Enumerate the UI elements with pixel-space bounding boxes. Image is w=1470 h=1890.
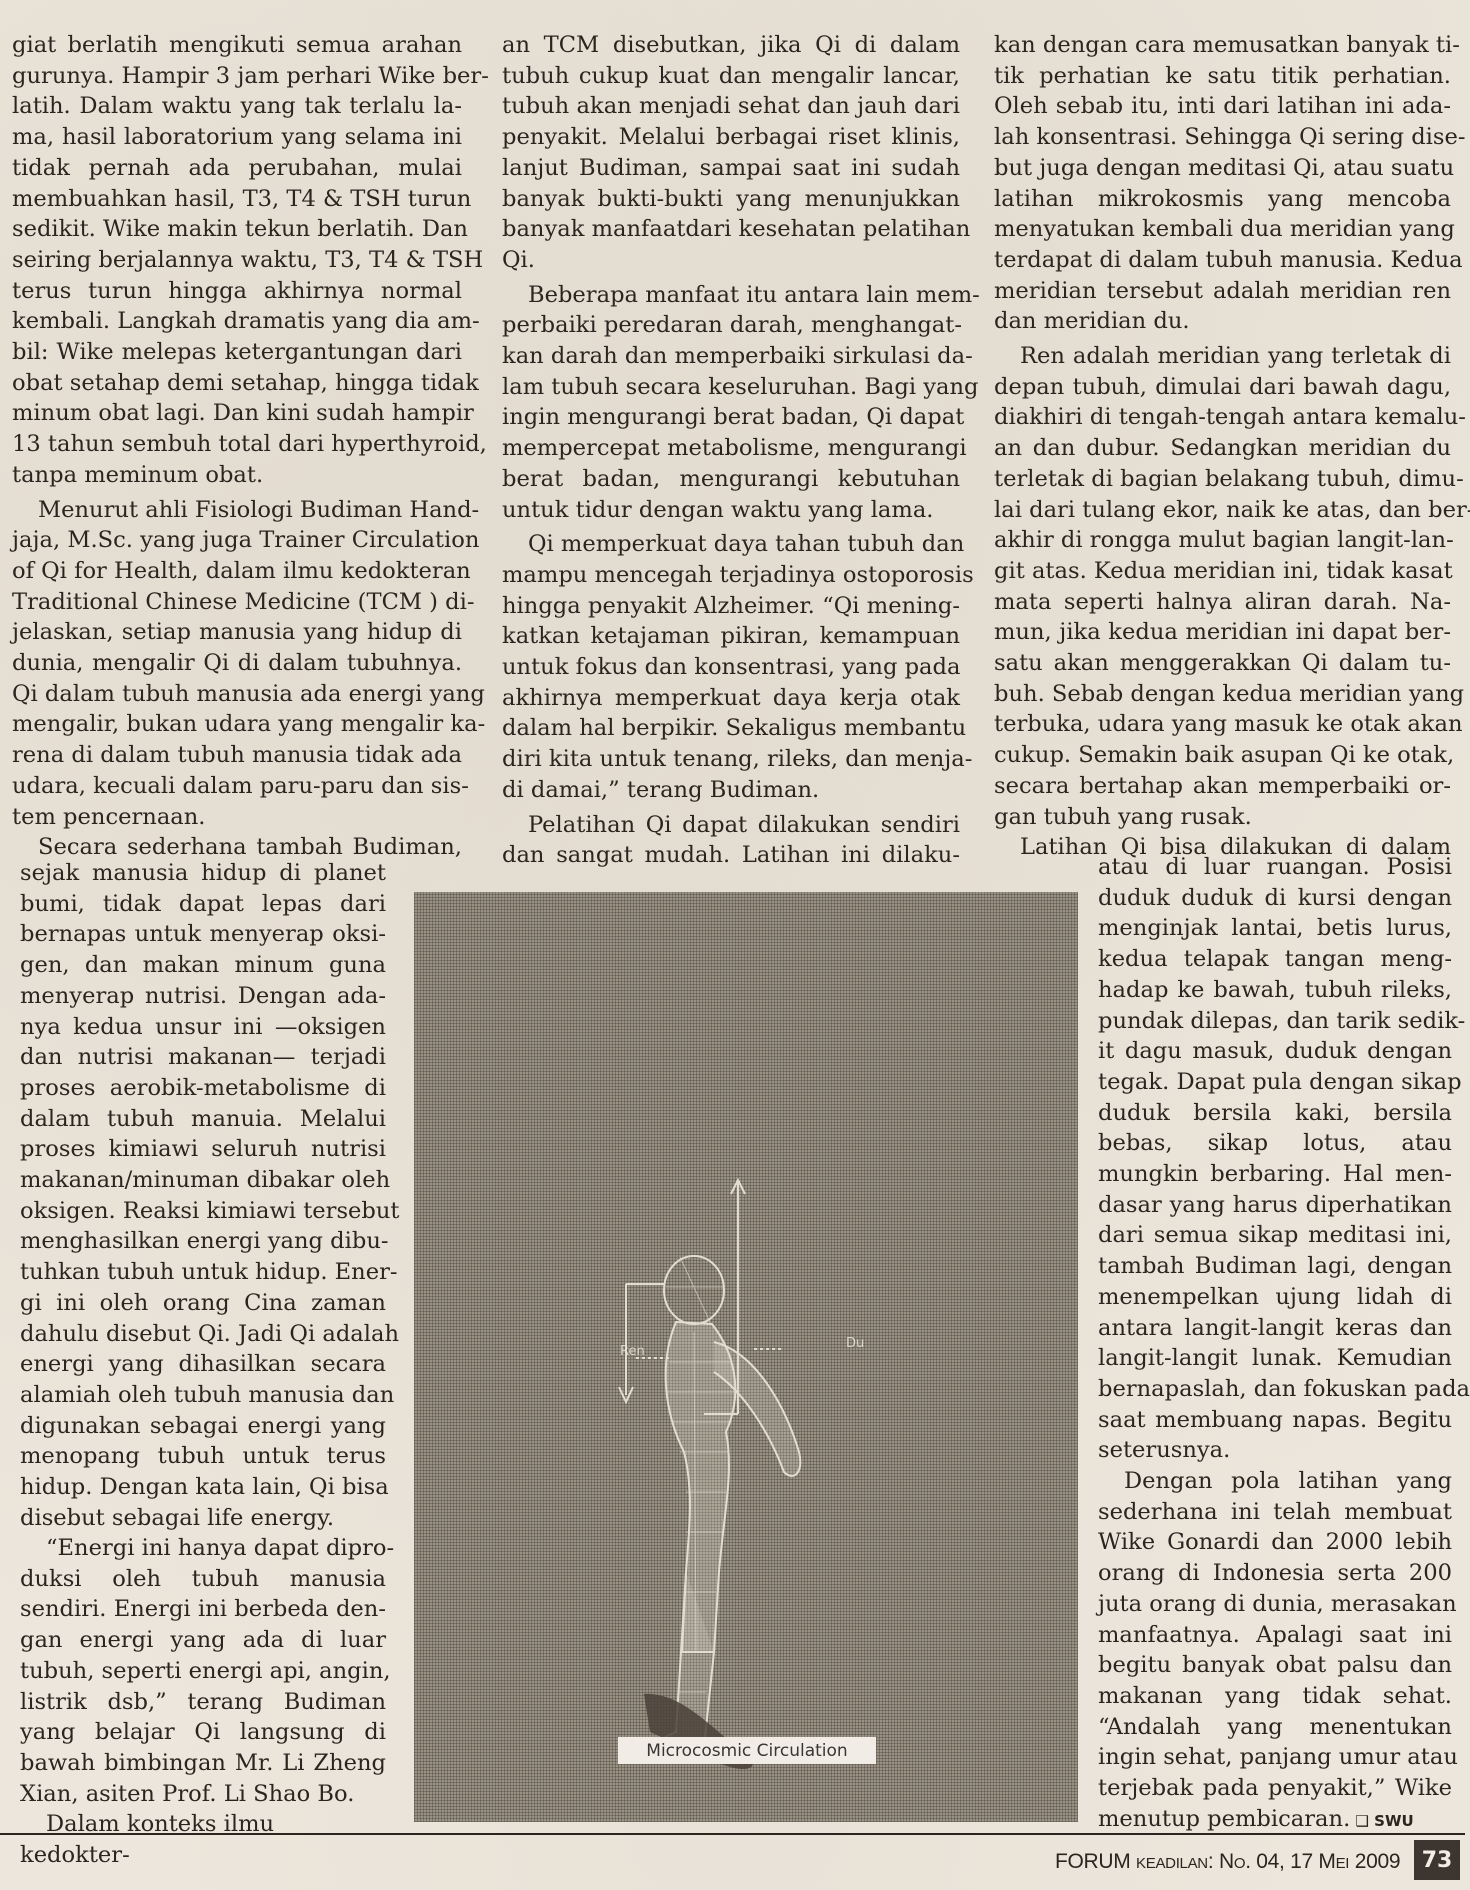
text-line: tidak pernah ada perubahan, mulai: [12, 153, 462, 184]
text-line: makanan/minuman dibakar oleh: [20, 1165, 386, 1196]
text-line: disebut sebagai life energy.: [20, 1503, 386, 1534]
text-line: menyerap nutrisi. Dengan ada-: [20, 981, 386, 1012]
month-cap: M: [1318, 1850, 1335, 1873]
text-line: langit-langit lunak. Kemudian: [1098, 1343, 1452, 1374]
ren-label: Ren: [620, 1344, 645, 1359]
text-line: dasar yang harus diperhatikan: [1098, 1190, 1452, 1221]
text-line: duksi oleh tubuh manusia: [20, 1564, 386, 1595]
text-line: banyak bukti-bukti yang menunjukkan: [502, 184, 960, 215]
text-line: Pelatihan Qi dapat dilakukan sendiri: [502, 810, 960, 841]
text-line: makanan yang tidak sehat.: [1098, 1681, 1452, 1712]
text-line: nya kedua unsur ini —oksigen: [20, 1012, 386, 1043]
text-line: kan darah dan memperbaiki sirkulasi da-: [502, 341, 960, 372]
text-line: tambah Budiman lagi, dengan: [1098, 1251, 1452, 1282]
text-line: menghasilkan energi yang dibu-: [20, 1226, 386, 1257]
text-line: dan nutrisi makanan— terjadi: [20, 1042, 386, 1073]
text-line: sedikit. Wike makin tekun berlatih. Dan: [12, 214, 462, 245]
text-line: begitu banyak obat palsu dan: [1098, 1650, 1452, 1681]
text-line: Qi dalam tubuh manusia ada energi yang: [12, 679, 462, 710]
text-line: berat badan, mengurangi kebutuhan: [502, 464, 960, 495]
paragraph-wrapped-around-figure: sejak manusia hidup di planetbumi, tidak…: [20, 858, 386, 1533]
text-line: perbaiki peredaran darah, menghangat-: [502, 310, 960, 341]
text-line: menutup pembicaran. ❑ SWU: [1098, 1804, 1452, 1837]
paragraph: Qi memperkuat daya tahan tubuh danmampu …: [502, 529, 960, 805]
publication-subname: KEADILAN: [1136, 1855, 1208, 1872]
microcosmic-circulation-figure: Ren Du Microcosmic Circulation: [414, 892, 1078, 1822]
text-line: katkan ketajaman pikiran, kemampuan: [502, 621, 960, 652]
text-line: yang belajar Qi langsung di: [20, 1717, 386, 1748]
text-line: bil: Wike melepas ketergantungan dari: [12, 337, 462, 368]
text-line: pundak dilepas, dan tarik sedik-: [1098, 1006, 1452, 1037]
text-line: Ren adalah meridian yang terletak di: [994, 341, 1451, 372]
text-line: diakhiri di tengah-tengah antara kemalu-: [994, 402, 1451, 433]
text-line: banyak manfaatdari kesehatan pelatihan: [502, 214, 960, 245]
text-line: oksigen. Reaksi kimiawi tersebut: [20, 1196, 386, 1227]
text-line: listrik dsb,” terang Budiman: [20, 1687, 386, 1718]
text-line: alamiah oleh tubuh manusia dan: [20, 1380, 386, 1411]
text-line: tem pencernaan.: [12, 802, 462, 833]
text-line: gurunya. Hampir 3 jam perhari Wike ber-: [12, 61, 462, 92]
page-number: 73: [1414, 1840, 1460, 1880]
text-line: sejak manusia hidup di planet: [20, 858, 386, 889]
end-mark: ❑ SWU: [1350, 1812, 1413, 1830]
text-line: bernapaslah, dan fokuskan pada: [1098, 1374, 1452, 1405]
du-label: Du: [846, 1336, 864, 1351]
text-line: “Andalah yang menentukan: [1098, 1712, 1452, 1743]
text-line: Menurut ahli Fisiologi Budiman Hand-: [12, 495, 462, 526]
text-line: seiring berjalannya waktu, T3, T4 & TSH: [12, 245, 462, 276]
text-line: terus turun hingga akhirnya normal: [12, 276, 462, 307]
text-line: diri kita untuk tenang, rileks, dan menj…: [502, 744, 960, 775]
text-line: terbuka, udara yang masuk ke otak akan: [994, 709, 1451, 740]
text-line: duduk bersila kaki, bersila: [1098, 1098, 1452, 1129]
text-line: sendiri. Energi ini berbeda den-: [20, 1594, 386, 1625]
text-line: satu akan menggerakkan Qi dalam tu-: [994, 648, 1451, 679]
issue-info: . 04, 17: [1245, 1850, 1318, 1873]
text-line: dalam tubuh manuia. Melalui: [20, 1104, 386, 1135]
text-line: buh. Sebab dengan kedua meridian yang: [994, 679, 1451, 710]
text-line: latih. Dalam waktu yang tak terlalu la-: [12, 91, 462, 122]
paragraph: an TCM disebutkan, jika Qi di dalamtubuh…: [502, 30, 960, 276]
paragraph: Dengan pola latihan yangsederhana ini te…: [1098, 1466, 1452, 1836]
text-line: menginjak lantai, betis lurus,: [1098, 913, 1452, 944]
text-line: bawah bimbingan Mr. Li Zheng: [20, 1748, 386, 1779]
issue-prefix-sc: O: [1234, 1855, 1245, 1872]
text-line: Traditional Chinese Medicine (TCM ) di-: [12, 587, 462, 618]
text-line: lam tubuh secara keseluruhan. Bagi yang: [502, 372, 960, 403]
text-line: secara bertahap akan memperbaiki or-: [994, 771, 1451, 802]
text-line: tegak. Dapat pula dengan sikap: [1098, 1067, 1452, 1098]
text-line: gi ini oleh orang Cina zaman: [20, 1288, 386, 1319]
text-line: it dagu masuk, duduk dengan: [1098, 1036, 1452, 1067]
text-line: Qi memperkuat daya tahan tubuh dan: [502, 529, 960, 560]
text-line: mungkin berbaring. Hal men-: [1098, 1159, 1452, 1190]
text-line: bebas, sikap lotus, atau: [1098, 1128, 1452, 1159]
paragraph: Dalam konteks ilmu kedokter-: [20, 1809, 386, 1870]
text-line: hidup. Dengan kata lain, Qi bisa: [20, 1472, 386, 1503]
year: 2009: [1349, 1850, 1400, 1873]
text-line: mata seperti halnya aliran darah. Na-: [994, 587, 1451, 618]
article-column-3: kan dengan cara memusatkan banyak ti-tik…: [994, 30, 1451, 863]
text-line: tik perhatian ke satu titik perhatian.: [994, 61, 1451, 92]
text-line: mengalir, bukan udara yang mengalir ka-: [12, 709, 462, 740]
text-line: dalam hal berpikir. Sekaligus membantu: [502, 713, 960, 744]
article-column-1: giat berlatih mengikuti semua arahanguru…: [12, 30, 462, 863]
text-line: gan tubuh yang rusak.: [994, 802, 1451, 833]
text-line: bumi, tidak dapat lepas dari: [20, 889, 386, 920]
text-line: mempercepat metabolisme, mengurangi: [502, 433, 960, 464]
text-line: an TCM disebutkan, jika Qi di dalam: [502, 30, 960, 61]
text-line: akhir di rongga mulut bagian langit-lan-: [994, 525, 1451, 556]
text-line: an dan dubur. Sedangkan meridian du: [994, 433, 1451, 464]
text-line: dan meridian du.: [994, 306, 1451, 337]
text-line: giat berlatih mengikuti semua arahan: [12, 30, 462, 61]
text-line: lah konsentrasi. Sehingga Qi sering dise…: [994, 122, 1451, 153]
text-line: juta orang di dunia, merasakan: [1098, 1589, 1452, 1620]
text-line: Wike Gonardi dan 2000 lebih: [1098, 1527, 1452, 1558]
text-line: seterusnya.: [1098, 1435, 1452, 1466]
text-line: ma, hasil laboratorium yang selama ini: [12, 122, 462, 153]
text-line: duduk duduk di kursi dengan: [1098, 883, 1452, 914]
text-line: membuahkan hasil, T3, T4 & TSH turun: [12, 184, 462, 215]
text-line: latihan mikrokosmis yang mencoba: [994, 184, 1451, 215]
text-line: bernapas untuk menyerap oksi-: [20, 919, 386, 950]
paragraph: Beberapa manfaat itu antara lain mem-per…: [502, 280, 960, 526]
article-column-2: an TCM disebutkan, jika Qi di dalamtubuh…: [502, 30, 960, 871]
text-line: Dengan pola latihan yang: [1098, 1466, 1452, 1497]
publication-name: FORUM: [1055, 1850, 1131, 1873]
text-line: mun, jika kedua meridian ini dapat ber-: [994, 617, 1451, 648]
text-line: Oleh sebab itu, inti dari latihan ini ad…: [994, 91, 1451, 122]
paragraph: kan dengan cara memusatkan banyak ti-tik…: [994, 30, 1451, 337]
publication-info: FORUM KEADILAN: NO. 04, 17 MEI 2009: [1055, 1850, 1400, 1874]
text-line: digunakan sebagai energi yang: [20, 1411, 386, 1442]
text-line: tubuh, seperti energi api, angin,: [20, 1656, 386, 1687]
text-line: dan sangat mudah. Latihan ini dilaku-: [502, 840, 960, 871]
text-line: dahulu disebut Qi. Jadi Qi adalah: [20, 1319, 386, 1350]
text-line: ingin sehat, panjang umur atau: [1098, 1742, 1452, 1773]
separator: :: [1208, 1850, 1214, 1873]
text-line: rena di dalam tubuh manusia tidak ada: [12, 740, 462, 771]
text-line: dunia, mengalir Qi di dalam tubuhnya.: [12, 648, 462, 679]
text-line: penyakit. Melalui berbagai riset klinis,: [502, 122, 960, 153]
text-line: saat membuang napas. Begitu: [1098, 1405, 1452, 1436]
text-line: cukup. Semakin baik asupan Qi ke otak,: [994, 740, 1451, 771]
text-line: menempelkan ujung lidah di: [1098, 1282, 1452, 1313]
text-line: menyatukan kembali dua meridian yang: [994, 214, 1451, 245]
text-line: dari semua sikap meditasi ini,: [1098, 1220, 1452, 1251]
text-line: lai dari tulang ekor, naik ke atas, dan …: [994, 495, 1451, 526]
text-line: tuhkan tubuh untuk hidup. Ener-: [20, 1257, 386, 1288]
text-line: hingga penyakit Alzheimer. “Qi mening-: [502, 591, 960, 622]
text-line: tubuh akan menjadi sehat dan jauh dari: [502, 91, 960, 122]
text-line: hadap ke bawah, tubuh rileks,: [1098, 975, 1452, 1006]
paragraph-wrapped-around-figure: atau di luar ruangan. Posisiduduk duduk …: [1098, 852, 1452, 1466]
figure-caption: Microcosmic Circulation: [618, 1737, 876, 1764]
text-line: proses kimiawi seluruh nutrisi: [20, 1134, 386, 1165]
text-line: akhirnya memperkuat daya kerja otak: [502, 683, 960, 714]
text-line: kedua telapak tangan meng-: [1098, 944, 1452, 975]
text-line: but juga dengan meditasi Qi, atau suatu: [994, 153, 1451, 184]
text-line: terjebak pada penyakit,” Wike: [1098, 1773, 1452, 1804]
text-line: menopang tubuh untuk terus: [20, 1441, 386, 1472]
text-line: proses aerobik-metabolisme di: [20, 1073, 386, 1104]
text-line: of Qi for Health, dalam ilmu kedokteran: [12, 556, 462, 587]
text-line: ingin mengurangi berat badan, Qi dapat: [502, 402, 960, 433]
text-line: orang di Indonesia serta 200: [1098, 1558, 1452, 1589]
paragraph: Pelatihan Qi dapat dilakukan sendiridan …: [502, 810, 960, 871]
text-line: depan tubuh, dimulai dari bawah dagu,: [994, 372, 1451, 403]
text-line: terdapat di dalam tubuh manusia. Kedua: [994, 245, 1451, 276]
text-line: jelaskan, setiap manusia yang hidup di: [12, 617, 462, 648]
text-line: udara, kecuali dalam paru-paru dan sis-: [12, 771, 462, 802]
text-line: minum obat lagi. Dan kini sudah hampir: [12, 398, 462, 429]
paragraph: giat berlatih mengikuti semua arahanguru…: [12, 30, 462, 491]
issue-prefix: N: [1219, 1850, 1234, 1873]
text-line: terletak di bagian belakang tubuh, dimu-: [994, 464, 1451, 495]
text-line: di damai,” terang Budiman.: [502, 775, 960, 806]
text-line: antara langit-langit keras dan: [1098, 1313, 1452, 1344]
text-line: untuk tidur dengan waktu yang lama.: [502, 495, 960, 526]
text-line: 13 tahun sembuh total dari hyperthyroid,: [12, 429, 462, 460]
text-line: “Energi ini hanya dapat dipro-: [20, 1533, 386, 1564]
month-sc: EI: [1336, 1855, 1350, 1872]
text-line: untuk fokus dan konsentrasi, yang pada: [502, 652, 960, 683]
text-line: energi yang dihasilkan secara: [20, 1349, 386, 1380]
text-line: sederhana ini telah membuat: [1098, 1497, 1452, 1528]
text-line: atau di luar ruangan. Posisi: [1098, 852, 1452, 883]
text-line: git atas. Kedua meridian ini, tidak kasa…: [994, 556, 1451, 587]
paragraph: Menurut ahli Fisiologi Budiman Hand-jaja…: [12, 495, 462, 833]
text-line: gen, dan makan minum guna: [20, 950, 386, 981]
text-line: Qi.: [502, 245, 960, 276]
text-line: meridian tersebut adalah meridian ren: [994, 276, 1451, 307]
footer-rule: [0, 1833, 1465, 1835]
text-line: tanpa meminum obat.: [12, 460, 462, 491]
wireframe-human-figure-icon: [414, 892, 1078, 1822]
paragraph: “Energi ini hanya dapat dipro-duksi oleh…: [20, 1533, 386, 1809]
text-line: Beberapa manfaat itu antara lain mem-: [502, 280, 960, 311]
text-line: mampu mencegah terjadinya ostoporosis: [502, 560, 960, 591]
text-line: kembali. Langkah dramatis yang dia am-: [12, 306, 462, 337]
text-line: jaja, M.Sc. yang juga Trainer Circulatio…: [12, 525, 462, 556]
text-line: gan energi yang ada di luar: [20, 1625, 386, 1656]
text-line: Xian, asiten Prof. Li Shao Bo.: [20, 1779, 386, 1810]
text-line: lanjut Budiman, sampai saat ini sudah: [502, 153, 960, 184]
paragraph: Ren adalah meridian yang terletak didepa…: [994, 341, 1451, 832]
text-line: kan dengan cara memusatkan banyak ti-: [994, 30, 1451, 61]
text-line: tubuh cukup kuat dan mengalir lancar,: [502, 61, 960, 92]
text-line: obat setahap demi setahap, hingga tidak: [12, 368, 462, 399]
text-line: manfaatnya. Apalagi saat ini: [1098, 1620, 1452, 1651]
